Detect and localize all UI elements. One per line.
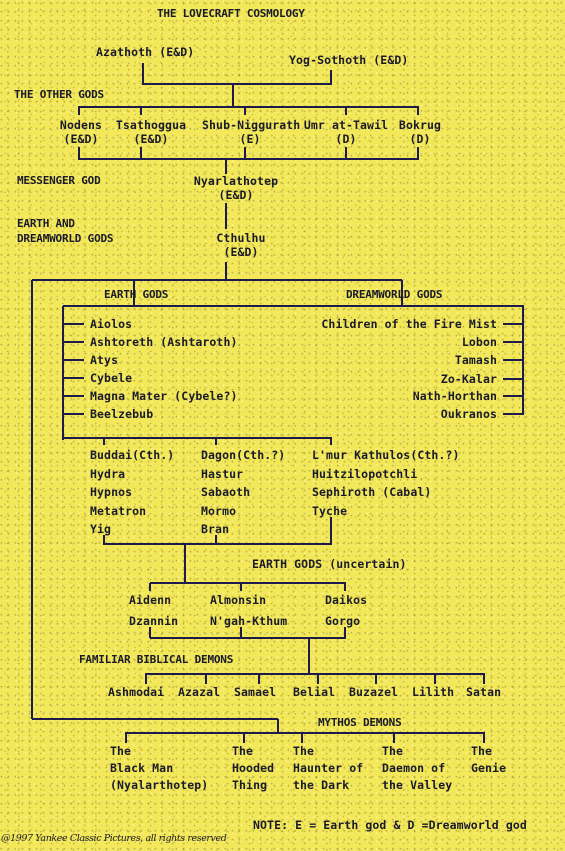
- earth-god-item: Magna Mater (Cybele?): [90, 389, 238, 403]
- earth-god-item: Bran: [201, 520, 285, 539]
- node-name: Tsathoggua: [113, 118, 189, 132]
- earth-god-item: Dagon(Cth.?): [201, 446, 285, 465]
- mythos-demon-hooded-thing: The Hooded Thing: [232, 743, 274, 794]
- node-azathoth: Azathoth (E&D): [96, 45, 194, 59]
- mythos-line: The: [471, 743, 506, 760]
- uncertain-column-2: Almonsin N'gah-Kthum: [210, 590, 287, 632]
- biblical-demon-item: Satan: [466, 685, 501, 699]
- node-umr-at-tawil: Umr at-Tawil (D): [301, 118, 391, 146]
- mythos-line: The: [232, 743, 274, 760]
- dreamworld-god-item: Zo-Kalar: [441, 372, 497, 386]
- legend-note: NOTE: E = Earth god & D =Dreamworld god: [253, 818, 527, 832]
- earth-gods-column-2: Dagon(Cth.?) Hastur Sabaoth Mormo Bran: [201, 446, 285, 539]
- earth-god-item: Hypnos: [90, 483, 174, 502]
- earth-god-item: Hastur: [201, 465, 285, 484]
- earth-god-item: Hydra: [90, 465, 174, 484]
- node-shub-niggurath: Shub-Niggurath (E): [202, 118, 298, 146]
- earth-god-item: L'mur Kathulos(Cth.?): [312, 446, 460, 465]
- mythos-line: The: [382, 743, 452, 760]
- node-realm: (E): [202, 132, 298, 146]
- diagram-title: THE LOVECRAFT COSMOLOGY: [157, 7, 305, 21]
- node-cthulhu: Cthulhu (E&D): [206, 231, 276, 259]
- earth-god-item: Yig: [90, 520, 174, 539]
- mythos-line: Genie: [471, 760, 506, 777]
- node-nyarlathotep: Nyarlathotep (E&D): [186, 174, 286, 202]
- node-name: Shub-Niggurath: [202, 118, 298, 132]
- mythos-line: The: [110, 743, 208, 760]
- mythos-line: The: [293, 743, 363, 760]
- mythos-line: Black Man: [110, 760, 208, 777]
- mythos-demon-genie: The Genie: [471, 743, 506, 777]
- mythos-demon-black-man: The Black Man (Nyalarthotep): [110, 743, 208, 794]
- mythos-line: the Valley: [382, 777, 452, 794]
- node-realm: (D): [392, 132, 448, 146]
- dreamworld-god-item: Oukranos: [441, 407, 497, 421]
- uncertain-god-item: Gorgo: [325, 611, 367, 632]
- node-realm: (E&D): [56, 132, 106, 146]
- earth-god-item: Aiolos: [90, 317, 132, 331]
- biblical-demon-item: Lilith: [412, 685, 454, 699]
- uncertain-god-item: Aidenn: [129, 590, 178, 611]
- section-label-earth-and: EARTH AND: [17, 217, 75, 231]
- biblical-demon-item: Samael: [234, 685, 276, 699]
- node-name: Nyarlathotep: [186, 174, 286, 188]
- node-name: Umr at-Tawil: [301, 118, 391, 132]
- section-label-biblical-demons: FAMILIAR BIBLICAL DEMONS: [79, 653, 233, 667]
- earth-gods-column-3: L'mur Kathulos(Cth.?) Huitzilopotchli Se…: [312, 446, 460, 520]
- uncertain-god-item: Daikos: [325, 590, 367, 611]
- node-name: Cthulhu: [206, 231, 276, 245]
- earth-god-item: Ashtoreth (Ashtaroth): [90, 335, 238, 349]
- node-realm: (E&D): [206, 245, 276, 259]
- mythos-line: (Nyalarthotep): [110, 777, 208, 794]
- biblical-demon-item: Buzazel: [349, 685, 398, 699]
- uncertain-column-1: Aidenn Dzannin: [129, 590, 178, 632]
- dreamworld-god-item: Nath-Horthan: [413, 389, 497, 403]
- mythos-line: the Dark: [293, 777, 363, 794]
- copyright-notice: @1997 Yankee Classic Pictures, all right…: [1, 833, 226, 844]
- mythos-line: Haunter of: [293, 760, 363, 777]
- earth-god-item: Huitzilopotchli: [312, 465, 460, 484]
- earth-god-item: Sephiroth (Cabal): [312, 483, 460, 502]
- earth-god-item: Beelzebub: [90, 407, 153, 421]
- section-label-dreamworld-gods-main: DREAMWORLD GODS: [17, 232, 113, 246]
- earth-god-item: Atys: [90, 353, 118, 367]
- dreamworld-god-item: Lobon: [462, 335, 497, 349]
- node-realm: (E&D): [113, 132, 189, 146]
- earth-god-item: Tyche: [312, 502, 460, 521]
- uncertain-column-3: Daikos Gorgo: [325, 590, 367, 632]
- node-yog-sothoth: Yog-Sothoth (E&D): [289, 53, 408, 67]
- earth-gods-column-1: Buddai(Cth.) Hydra Hypnos Metatron Yig: [90, 446, 174, 539]
- earth-god-item: Buddai(Cth.): [90, 446, 174, 465]
- section-label-dreamworld-gods: DREAMWORLD GODS: [346, 288, 442, 302]
- dreamworld-god-item: Tamash: [455, 353, 497, 367]
- node-nodens: Nodens (E&D): [56, 118, 106, 146]
- earth-god-item: Mormo: [201, 502, 285, 521]
- section-label-earth-gods: EARTH GODS: [104, 288, 168, 302]
- uncertain-god-item: Dzannin: [129, 611, 178, 632]
- earth-god-item: Cybele: [90, 371, 132, 385]
- node-name: Nodens: [56, 118, 106, 132]
- section-label-mythos-demons: MYTHOS DEMONS: [318, 716, 402, 730]
- section-label-other-gods: THE OTHER GODS: [14, 88, 104, 102]
- dreamworld-god-item: Children of the Fire Mist: [321, 317, 497, 331]
- mythos-demon-daemon: The Daemon of the Valley: [382, 743, 452, 794]
- mythos-line: Hooded: [232, 760, 274, 777]
- uncertain-god-item: Almonsin: [210, 590, 287, 611]
- section-label-messenger-god: MESSENGER GOD: [17, 174, 101, 188]
- earth-god-item: Metatron: [90, 502, 174, 521]
- biblical-demon-item: Azazal: [178, 685, 220, 699]
- node-name: Bokrug: [392, 118, 448, 132]
- node-bokrug: Bokrug (D): [392, 118, 448, 146]
- section-label-earth-gods-uncertain: EARTH GODS (uncertain): [252, 557, 407, 571]
- mythos-demon-haunter: The Haunter of the Dark: [293, 743, 363, 794]
- node-realm: (E&D): [186, 188, 286, 202]
- node-realm: (D): [301, 132, 391, 146]
- uncertain-god-item: N'gah-Kthum: [210, 611, 287, 632]
- mythos-line: Thing: [232, 777, 274, 794]
- biblical-demon-item: Belial: [293, 685, 335, 699]
- node-tsathoggua: Tsathoggua (E&D): [113, 118, 189, 146]
- earth-god-item: Sabaoth: [201, 483, 285, 502]
- biblical-demon-item: Ashmodai: [108, 685, 164, 699]
- mythos-line: Daemon of: [382, 760, 452, 777]
